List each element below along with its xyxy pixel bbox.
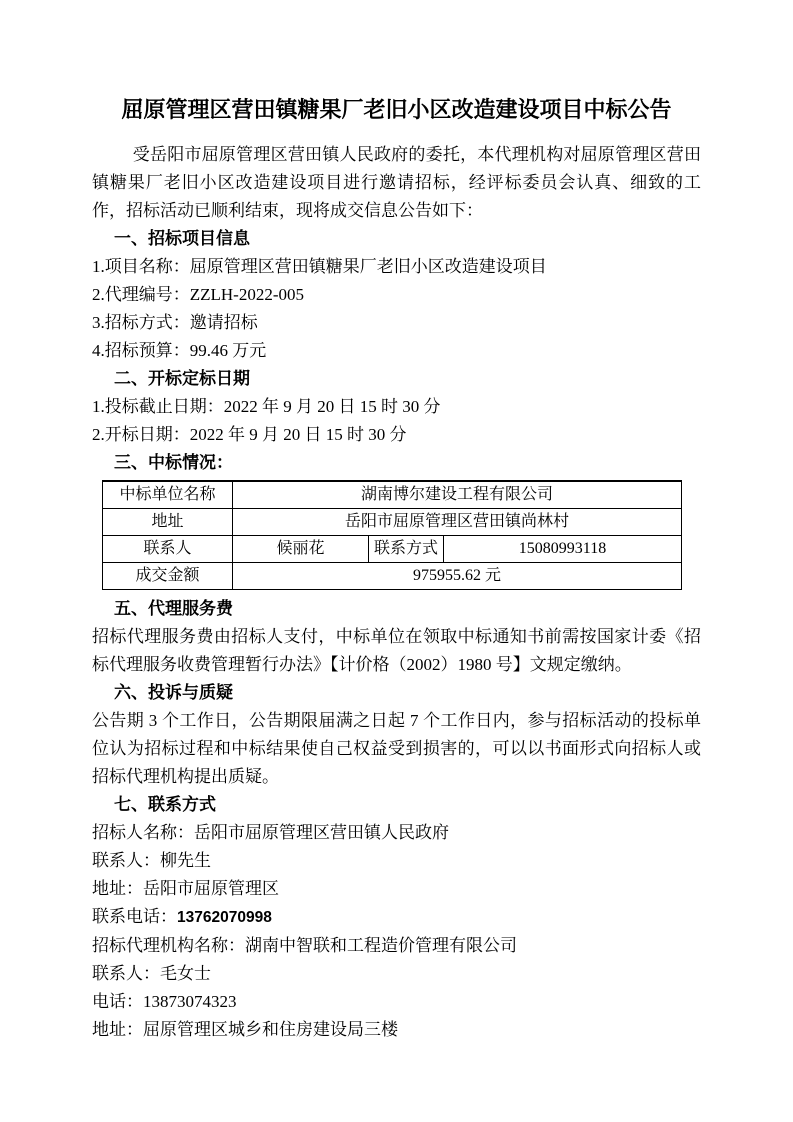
amount-label-cell: 成交金额 (103, 563, 233, 590)
tenderer-phone-line: 联系电话：13762070998 (92, 903, 701, 932)
intro-paragraph: 受岳阳市屈原管理区营田镇人民政府的委托，本代理机构对屈原管理区营田镇糖果厂老旧小… (92, 141, 701, 225)
table-row-contact: 联系人 候丽花 联系方式 15080993118 (103, 536, 682, 563)
agency-phone-line: 电话：13873074323 (92, 988, 701, 1016)
section-5-heading: 五、代理服务费 (92, 595, 701, 623)
contact-label-cell: 联系人 (103, 536, 233, 563)
table-row-winner: 中标单位名称 湖南博尔建设工程有限公司 (103, 481, 682, 509)
document-title: 屈原管理区营田镇糖果厂老旧小区改造建设项目中标公告 (92, 94, 701, 126)
item-project-name: 1.项目名称：屈原管理区营田镇糖果厂老旧小区改造建设项目 (92, 253, 701, 281)
section-6-heading: 六、投诉与质疑 (92, 679, 701, 707)
amount-value-cell: 975955.62 元 (233, 563, 682, 590)
section-5-body: 招标代理服务费由招标人支付，中标单位在领取中标通知书前需按国家计委《招标代理服务… (92, 623, 701, 679)
section-7-heading: 七、联系方式 (92, 791, 701, 819)
item-bid-deadline: 1.投标截止日期：2022 年 9 月 20 日 15 时 30 分 (92, 393, 701, 421)
item-bid-method: 3.招标方式：邀请招标 (92, 309, 701, 337)
agency-name-line: 招标代理机构名称：湖南中智联和工程造价管理有限公司 (92, 932, 701, 960)
section-2-heading: 二、开标定标日期 (92, 365, 701, 393)
item-bid-budget: 4.招标预算：99.46 万元 (92, 337, 701, 365)
award-table: 中标单位名称 湖南博尔建设工程有限公司 地址 岳阳市屈原管理区营田镇尚林村 联系… (102, 480, 682, 590)
contact-value-cell: 候丽花 (233, 536, 369, 563)
table-row-amount: 成交金额 975955.62 元 (103, 563, 682, 590)
agency-address-line: 地址：屈原管理区城乡和住房建设局三楼 (92, 1016, 701, 1044)
table-row-address: 地址 岳阳市屈原管理区营田镇尚林村 (103, 509, 682, 536)
address-label-cell: 地址 (103, 509, 233, 536)
item-agency-number: 2.代理编号：ZZLH-2022-005 (92, 281, 701, 309)
document-page: 屈原管理区营田镇糖果厂老旧小区改造建设项目中标公告 受岳阳市屈原管理区营田镇人民… (0, 0, 793, 1122)
phone-value-cell: 15080993118 (444, 536, 682, 563)
tenderer-contact-line: 联系人：柳先生 (92, 847, 701, 875)
winner-label-cell: 中标单位名称 (103, 481, 233, 509)
tenderer-name-line: 招标人名称：岳阳市屈原管理区营田镇人民政府 (92, 819, 701, 847)
tenderer-phone-label: 联系电话： (92, 907, 177, 926)
section-1-heading: 一、招标项目信息 (92, 225, 701, 253)
tenderer-phone-number: 13762070998 (177, 909, 272, 926)
phone-label-cell: 联系方式 (369, 536, 444, 563)
address-value-cell: 岳阳市屈原管理区营田镇尚林村 (233, 509, 682, 536)
tenderer-address-line: 地址：岳阳市屈原管理区 (92, 875, 701, 903)
winner-value-cell: 湖南博尔建设工程有限公司 (233, 481, 682, 509)
agency-contact-line: 联系人：毛女士 (92, 960, 701, 988)
section-6-body: 公告期 3 个工作日，公告期限届满之日起 7 个工作日内，参与招标活动的投标单位… (92, 707, 701, 791)
section-3-heading: 三、中标情况： (92, 449, 701, 477)
item-opening-date: 2.开标日期：2022 年 9 月 20 日 15 时 30 分 (92, 421, 701, 449)
